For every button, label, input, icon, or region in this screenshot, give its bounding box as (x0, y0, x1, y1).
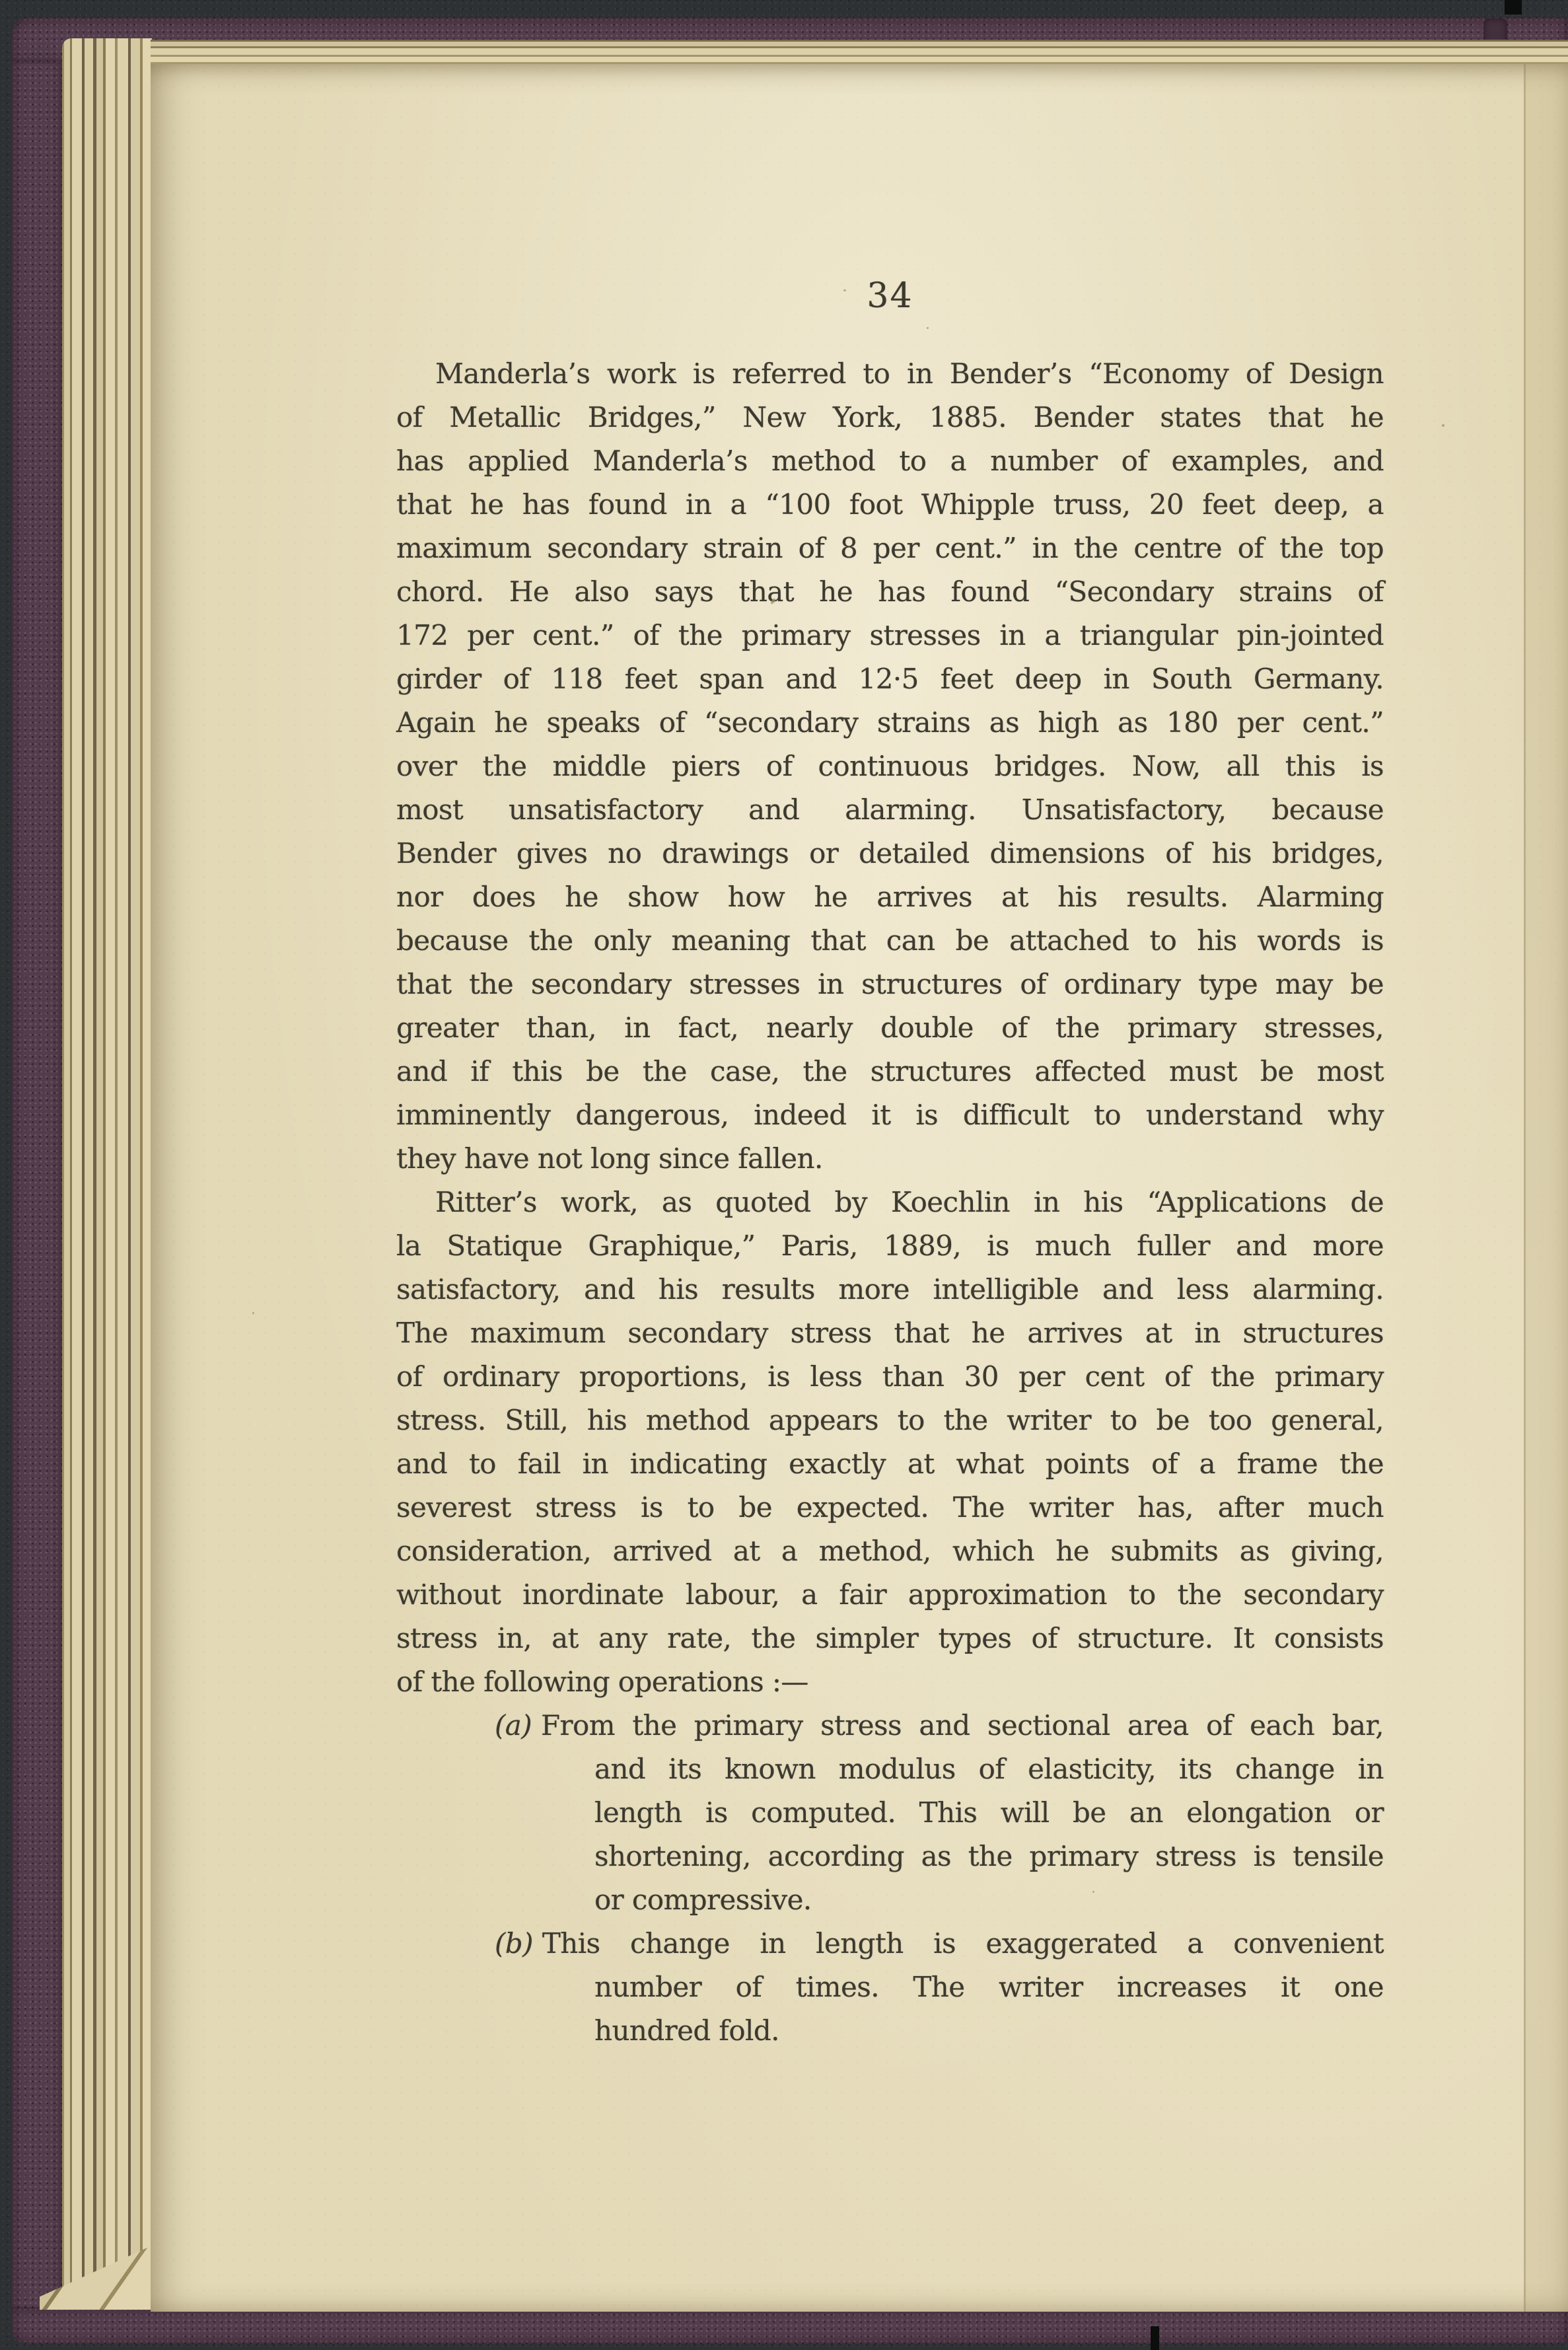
text-line: without inordinate labour, a fair approx… (396, 1573, 1384, 1617)
paragraph-1: Manderla’s work is referred to in Bender… (396, 352, 1384, 1181)
paper-speck (843, 289, 846, 291)
list-marker: (b) (495, 1927, 533, 1960)
text-line: girder of 118 feet span and 12·5 feet de… (396, 657, 1384, 701)
paper-speck (252, 1312, 254, 1314)
under-page-edge (1526, 64, 1568, 2312)
text-line: 172 per cent.” of the primary stresses i… (396, 614, 1384, 657)
text-line: length is computed. This will be an elon… (396, 1791, 1384, 1835)
text-line: stress in, at any rate, the simpler type… (396, 1617, 1384, 1660)
text-line: maximum secondary strain of 8 per cent.”… (396, 527, 1384, 570)
text-line: severest stress is to be expected. The w… (396, 1486, 1384, 1529)
text-line: that the secondary stresses in structure… (396, 963, 1384, 1006)
book-cover-leather-bottom (12, 2307, 1568, 2344)
text-line: (a)From the primary stress and sectional… (396, 1704, 1384, 1747)
list-item-a: (a)From the primary stress and sectional… (396, 1704, 1384, 1922)
text-line: Manderla’s work is referred to in Bender… (396, 352, 1384, 396)
text-line: over the middle piers of continuous brid… (396, 745, 1384, 788)
text-line: Bender gives no drawings or detailed dim… (396, 832, 1384, 875)
text-line: number of times. The writer increases it… (396, 1965, 1384, 2009)
text-line: Again he speaks of “secondary strains as… (396, 701, 1384, 745)
paragraph-2: Ritter’s work, as quoted by Koechlin in … (396, 1181, 1384, 1704)
text-line: or compressive. (396, 1878, 1384, 1922)
page-fore-edge-line (1524, 64, 1526, 2312)
text-line: chord. He also says that he has found “S… (396, 570, 1384, 614)
scanner-mark-bottom (1151, 2326, 1159, 2350)
text-line: and its known modulus of elasticity, its… (396, 1747, 1384, 1791)
text-line: of the following operations :— (396, 1660, 1384, 1704)
text-line: nor does he show how he arrives at his r… (396, 875, 1384, 919)
text-line: that he has found in a “100 foot Whipple… (396, 483, 1384, 527)
text-line: shortening, according as the primary str… (396, 1835, 1384, 1878)
text-line: of ordinary proportions, is less than 30… (396, 1355, 1384, 1399)
text-line: has applied Manderla’s method to a numbe… (396, 439, 1384, 483)
text-line: and to fail in indicating exactly at wha… (396, 1442, 1384, 1486)
text-line: imminently dangerous, indeed it is diffi… (396, 1093, 1384, 1137)
list-item-b: (b)This change in length is exaggerated … (396, 1922, 1384, 2053)
page-number: 34 (396, 274, 1384, 318)
paper-speck (1442, 424, 1444, 427)
scanned-book-page: 34 Manderla’s work is referred to in Ben… (0, 0, 1568, 2350)
text-line: of Metallic Bridges,” New York, 1885. Be… (396, 396, 1384, 439)
text-line: Ritter’s work, as quoted by Koechlin in … (396, 1181, 1384, 1224)
text-line: The maximum secondary stress that he arr… (396, 1311, 1384, 1355)
text-line: (b)This change in length is exaggerated … (396, 1922, 1384, 1965)
text-line: most unsatisfactory and alarming. Unsati… (396, 788, 1384, 832)
text-line: and if this be the case, the structures … (396, 1050, 1384, 1093)
text-line: satisfactory, and his results more intel… (396, 1268, 1384, 1311)
text-line: because the only meaning that can be att… (396, 919, 1384, 963)
text-line: hundred fold. (396, 2009, 1384, 2053)
list-marker: (a) (495, 1709, 532, 1742)
text-line: la Statique Graphique,” Paris, 1889, is … (396, 1224, 1384, 1268)
paper-speck (1092, 1891, 1094, 1893)
text-block: Manderla’s work is referred to in Bender… (396, 352, 1384, 2053)
book-cover-leather-left (12, 17, 63, 2344)
text-line: they have not long since fallen. (396, 1137, 1384, 1181)
paper-speck (927, 327, 929, 329)
text-line: consideration, arrived at a method, whic… (396, 1529, 1384, 1573)
text-line: greater than, in fact, nearly double of … (396, 1006, 1384, 1050)
text-line: stress. Still, his method appears to the… (396, 1399, 1384, 1442)
scanner-mark-top-right (1505, 0, 1522, 15)
page-edge-stack-left (62, 38, 152, 2310)
